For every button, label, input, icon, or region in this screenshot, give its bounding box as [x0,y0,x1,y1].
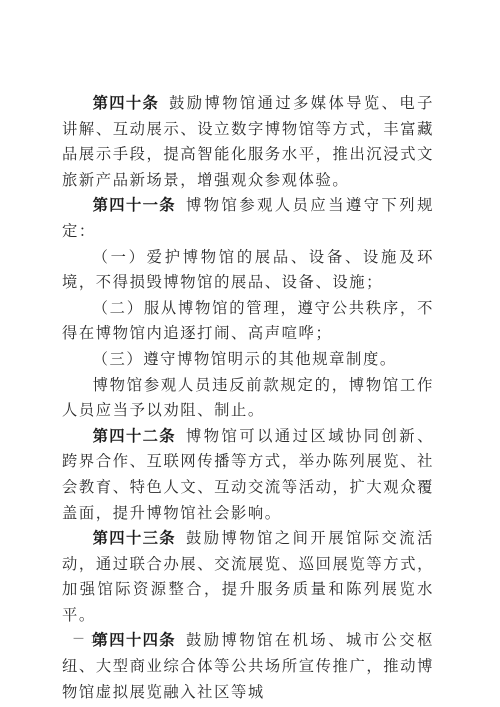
clause-3: （三）遵守博物馆明示的其他规章制度。 [62,347,434,373]
article-41-note: 博物馆参观人员违反前款规定的，博物馆工作人员应当予以劝阻、制止。 [62,373,434,424]
article-43: 第四十三条鼓励博物馆之间开展馆际交流活动，通过联合办展、交流展览、巡回展览等方式… [62,526,434,628]
clause-1: （一）爱护博物馆的展品、设备、设施及环境，不得损毁博物馆的展品、设备、设施； [62,245,434,296]
article-heading: 第四十二条 [93,427,176,445]
article-40: 第四十条鼓励博物馆通过多媒体导览、电子讲解、互动展示、设立数字博物馆等方式，丰富… [62,91,434,193]
article-41: 第四十一条博物馆参观人员应当遵守下列规定： [62,193,434,244]
document-body: 第四十条鼓励博物馆通过多媒体导览、电子讲解、互动展示、设立数字博物馆等方式，丰富… [62,91,434,705]
page-number: － 12 － [72,628,124,647]
article-heading: 第四十三条 [93,529,176,547]
clause-2: （二）服从博物馆的管理，遵守公共秩序，不得在博物馆内追逐打闹、高声喧哗； [62,296,434,347]
article-heading: 第四十一条 [93,196,176,214]
article-heading: 第四十条 [93,94,159,112]
article-42: 第四十二条博物馆可以通过区域协同创新、跨界合作、互联网传播等方式，举办陈列展览、… [62,424,434,526]
